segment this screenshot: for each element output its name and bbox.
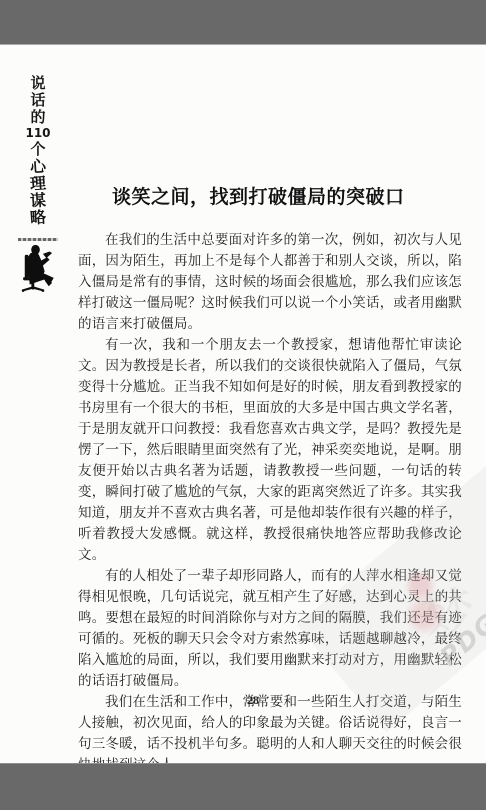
book-spine-sidebar: 说 话 的 110 个 心 理 谋 略 [16, 75, 60, 292]
spine-char: 略 [29, 208, 46, 226]
page-number: 28 [78, 693, 428, 708]
paragraph-3: 有的人相处了一辈子却形同路人，而有的人萍水相逢却又觉得相见恨晚，几句话说完，就互… [78, 565, 462, 691]
sidebar-divider [18, 238, 58, 241]
text-column: 谈笑之间，找到打破僵局的突破口 在我们的生活中总要面对许多的第一次，例如，初次与… [78, 45, 462, 764]
spine-char: 的 [30, 109, 45, 126]
scan-background: 说 话 的 110 个 心 理 谋 略 [0, 0, 486, 810]
spine-char: 话 [30, 92, 45, 109]
chapter-title: 谈笑之间，找到打破僵局的突破口 [78, 184, 462, 210]
spine-number: 110 [25, 126, 50, 141]
paragraph-1: 在我们的生活中总要面对许多的第一次，例如，初次与人见面，因为陌生，再加上不是每个… [78, 229, 462, 334]
spine-char: 说 [30, 75, 45, 92]
paragraph-2: 有一次，我和一个朋友去一个教授家，想请他帮忙审读论文。因为教授是长者，所以我们的… [78, 334, 462, 565]
book-page: 说 话 的 110 个 心 理 谋 略 [0, 44, 486, 764]
spine-char: 个 [30, 141, 45, 158]
seated-person-icon [17, 244, 59, 292]
